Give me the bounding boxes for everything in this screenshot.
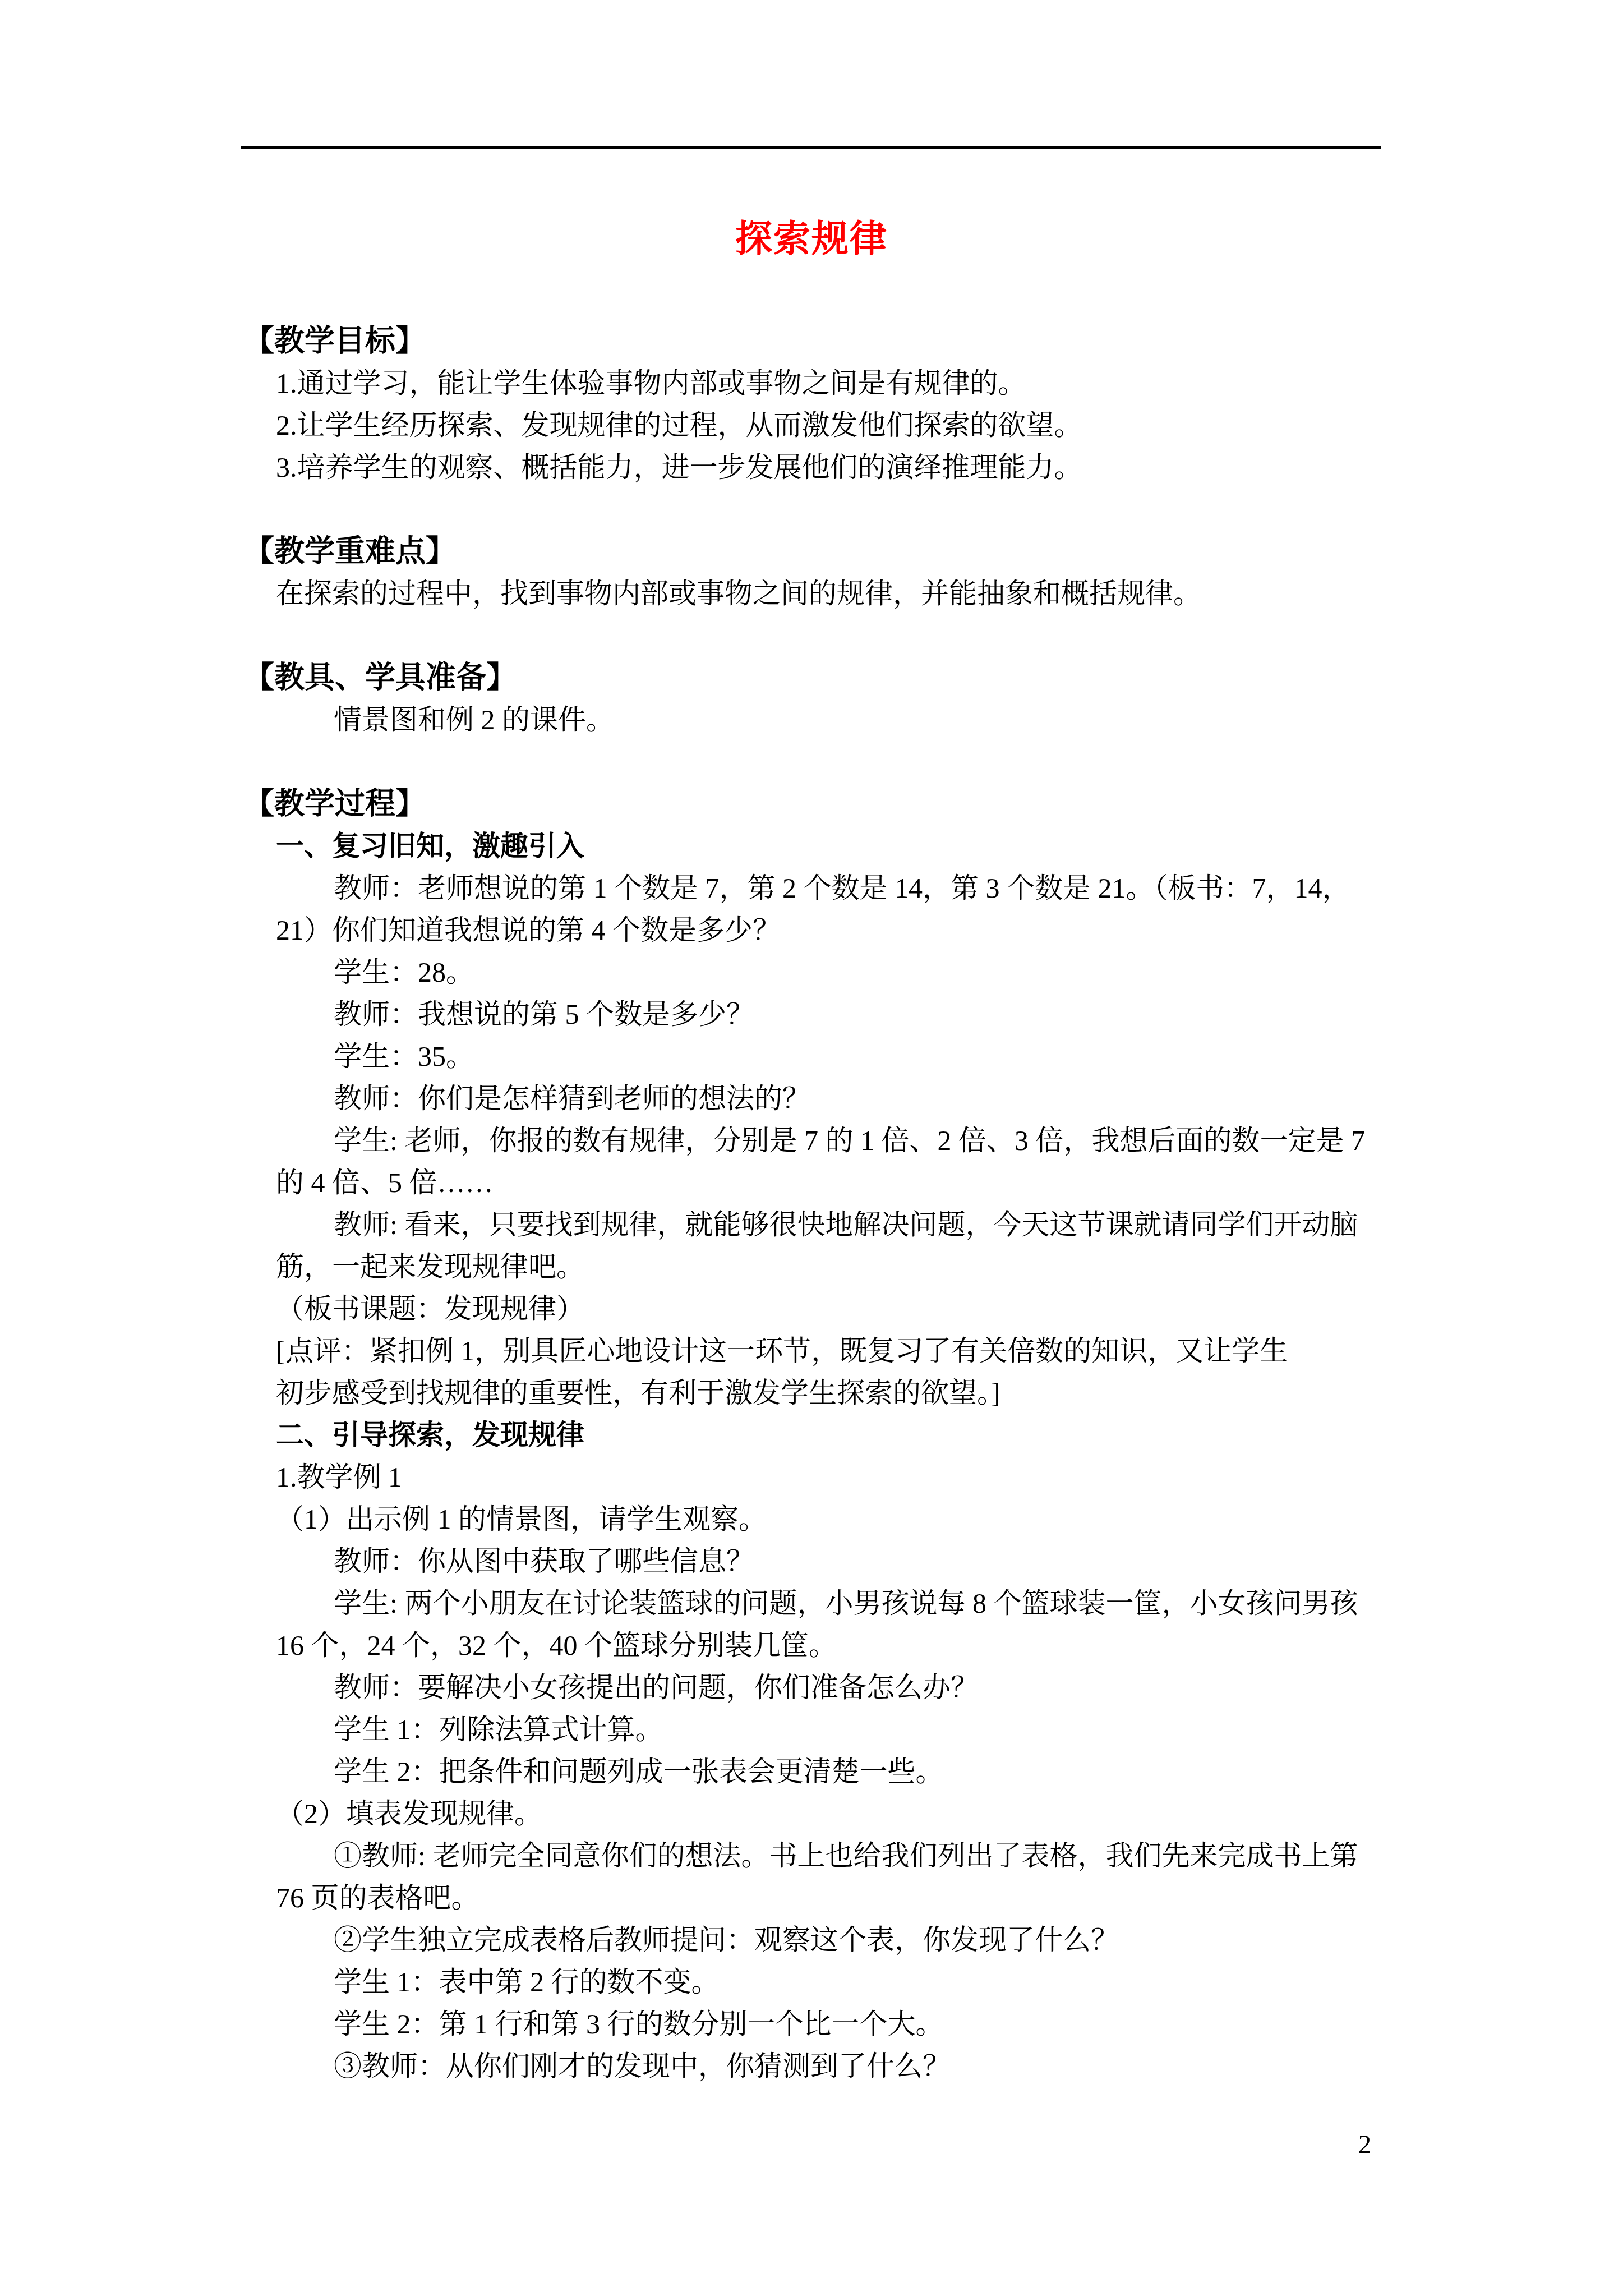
text-line: 【教具、学具准备】	[244, 657, 1385, 699]
text-line: [点评：紧扣例 1，别具匠心地设计这一环节，既复习了有关倍数的知识，又让学生	[244, 1330, 1385, 1372]
text-line: 二、引导探索，发现规律	[244, 1414, 1385, 1456]
text-line: 情景图和例 2 的课件。	[244, 699, 1385, 741]
text-line: 的 4 倍、5 倍……	[244, 1162, 1385, 1204]
text-line: 【教学过程】	[244, 783, 1385, 825]
text-line: 3.培养学生的观察、概括能力，进一步发展他们的演绎推理能力。	[244, 447, 1385, 489]
text-line: 【教学重难点】	[244, 531, 1385, 573]
text-line: 21）你们知道我想说的第 4 个数是多少？	[244, 909, 1385, 951]
text-line: 教师：要解决小女孩提出的问题，你们准备怎么办？	[244, 1667, 1385, 1709]
document-lines: 【教学目标】1.通过学习，能让学生体验事物内部或事物之间是有规律的。2.让学生经…	[244, 320, 1385, 2087]
text-line: 1.教学例 1	[244, 1456, 1385, 1498]
text-line: 学生 2：第 1 行和第 3 行的数分别一个比一个大。	[244, 2003, 1385, 2045]
blank-line	[244, 489, 1385, 531]
page-title: 探索规律	[0, 220, 1623, 259]
text-line: （板书课题：发现规律）	[244, 1288, 1385, 1330]
text-line: 2.让学生经历探索、发现规律的过程，从而激发他们探索的欲望。	[244, 404, 1385, 447]
text-line: 学生 1：列除法算式计算。	[244, 1709, 1385, 1751]
text-line: 【教学目标】	[244, 320, 1385, 362]
text-line: 76 页的表格吧。	[244, 1877, 1385, 1919]
text-line: 一、复习旧知，激趣引入	[244, 825, 1385, 867]
text-line: 学生 2：把条件和问题列成一张表会更清楚一些。	[244, 1751, 1385, 1793]
text-line: 学生: 两个小朋友在讨论装篮球的问题，小男孩说每 8 个篮球装一筐，小女孩问男孩	[244, 1582, 1385, 1625]
text-line: 教师: 看来，只要找到规律，就能够很快地解决问题，今天这节课就请同学们开动脑	[244, 1204, 1385, 1246]
header-rule	[241, 146, 1381, 149]
text-line: 教师：老师想说的第 1 个数是 7，第 2 个数是 14，第 3 个数是 21。…	[244, 867, 1385, 909]
text-line: （1）出示例 1 的情景图，请学生观察。	[244, 1498, 1385, 1540]
blank-line	[244, 615, 1385, 657]
text-line: 教师：你从图中获取了哪些信息？	[244, 1540, 1385, 1582]
text-line: 学生 1：表中第 2 行的数不变。	[244, 1961, 1385, 2003]
text-line: 16 个，24 个，32 个，40 个篮球分别装几筐。	[244, 1625, 1385, 1667]
text-line: （2）填表发现规律。	[244, 1793, 1385, 1835]
text-line: ③教师：从你们刚才的发现中，你猜测到了什么？	[244, 2045, 1385, 2087]
text-line: ①教师: 老师完全同意你们的想法。书上也给我们列出了表格，我们先来完成书上第	[244, 1835, 1385, 1877]
page-number: 2	[1358, 2131, 1371, 2159]
text-line: ②学生独立完成表格后教师提问：观察这个表，你发现了什么？	[244, 1919, 1385, 1961]
text-line: 学生：28。	[244, 951, 1385, 993]
blank-line	[244, 741, 1385, 783]
text-line: 教师：我想说的第 5 个数是多少？	[244, 993, 1385, 1036]
text-line: 学生: 老师，你报的数有规律，分别是 7 的 1 倍、2 倍、3 倍，我想后面的…	[244, 1120, 1385, 1162]
text-line: 初步感受到找规律的重要性，有利于激发学生探索的欲望。]	[244, 1372, 1385, 1414]
text-line: 教师：你们是怎样猜到老师的想法的？	[244, 1078, 1385, 1120]
text-line: 在探索的过程中，找到事物内部或事物之间的规律，并能抽象和概括规律。	[244, 573, 1385, 615]
document-page: 探索规律 【教学目标】1.通过学习，能让学生体验事物内部或事物之间是有规律的。2…	[0, 0, 1623, 2296]
text-line: 学生：35。	[244, 1036, 1385, 1078]
text-line: 1.通过学习，能让学生体验事物内部或事物之间是有规律的。	[244, 362, 1385, 404]
text-line: 筋，一起来发现规律吧。	[244, 1246, 1385, 1288]
